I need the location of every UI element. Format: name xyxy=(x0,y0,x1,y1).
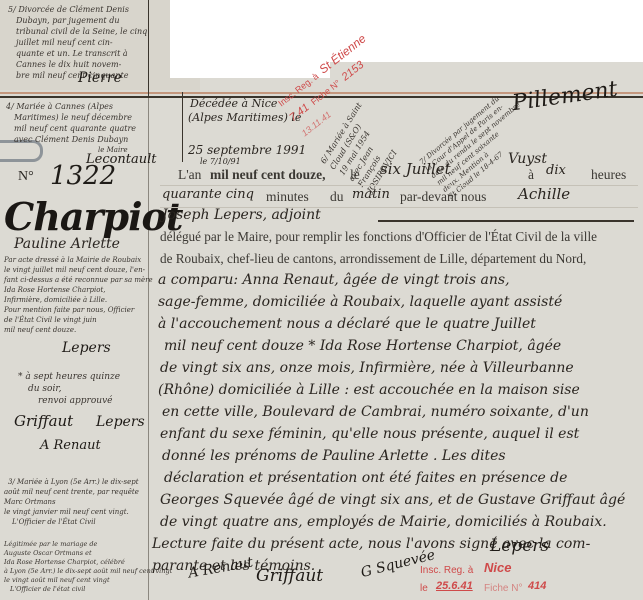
death-note-line: Décédée à Nice xyxy=(190,97,277,110)
surname-heading: Charpiot xyxy=(4,194,182,239)
margin-note-line: Dubayn, par jugement du xyxy=(16,15,119,26)
signature: Lepers xyxy=(62,340,111,356)
signature: Griffaut xyxy=(256,566,323,586)
printed-text: minutes xyxy=(266,189,309,205)
scan-background xyxy=(170,0,330,78)
signature: Lepers xyxy=(96,414,145,430)
margin-note-line: juillet mil neuf cent cin- xyxy=(16,37,113,48)
signature: Vuyst xyxy=(508,151,547,167)
handwritten-line: Georges Squevée âgé de vingt six ans, et… xyxy=(160,492,625,508)
margin-note-line: tribunal civil de la Seine, le cinq xyxy=(16,26,147,37)
margin-note-line: avec Clément Denis Dubayn xyxy=(14,134,128,145)
act-number-label: N° xyxy=(18,169,34,185)
stamp-handwritten: Nice xyxy=(484,560,511,575)
handwritten-date: six Juillet xyxy=(380,160,451,178)
handwritten-line: mil neuf cent douze * Ida Rose Hortense … xyxy=(164,338,561,354)
margin-note-line: L'Officier de l'état civil xyxy=(10,585,85,593)
death-note-line: le 7/10/91 xyxy=(200,157,241,166)
signature: Griffaut xyxy=(14,412,73,430)
margin-note-line: Infirmière, domiciliée à Lille. xyxy=(4,296,107,305)
handwritten-line: de vingt quatre ans, employés de Mairie,… xyxy=(160,514,607,530)
handwritten-hour: dix xyxy=(546,163,566,178)
handwritten-line: sage-femme, domiciliée à Roubaix, laquel… xyxy=(158,294,562,310)
margin-note-line: du soir, xyxy=(28,384,62,395)
stamp-text: le xyxy=(420,583,428,594)
margin-note-line: Auguste Oscar Ortmans et xyxy=(4,549,92,557)
printed-text-bold: mil neuf cent douze, xyxy=(210,167,326,183)
death-note-line: (Alpes Maritimes) le xyxy=(188,111,301,124)
margin-note-line: le vingt août mil neuf cent vingt xyxy=(4,576,110,584)
stamp-handwritten: 414 xyxy=(528,580,546,592)
death-note-line: 25 septembre 1991 xyxy=(188,143,306,157)
margin-note-line: 5/ Divorcée de Clément Denis xyxy=(8,4,129,15)
handwritten-line: en cette ville, Boulevard de Cambrai, nu… xyxy=(162,404,589,420)
act-number: 1322 xyxy=(50,161,116,191)
handwritten-text: quarante cinq xyxy=(162,187,254,202)
signature: A Renaut xyxy=(40,438,101,453)
margin-note-line: quante et un. Le transcrit à xyxy=(16,48,128,59)
margin-note-line: août mil neuf cent trente, par requête xyxy=(4,488,139,497)
margin-note-line: Maritimes) le neuf décembre xyxy=(14,112,132,123)
margin-note-line: L'Officier de l'État Civil xyxy=(12,518,96,527)
margin-note-line: 3/ Mariée à Lyon (5e Arr.) le dix-sept xyxy=(8,478,139,487)
handwritten-line: (Rhône) domiciliée à Lille : est accouch… xyxy=(158,382,580,398)
death-note-box-left xyxy=(182,92,183,162)
printed-text: L'an xyxy=(178,167,201,183)
handwritten-line: enfant du sexe féminin, qu'elle nous pré… xyxy=(160,426,579,442)
stamp-text: Fiche N° xyxy=(484,583,522,594)
printed-text: à xyxy=(528,167,534,183)
fill-line xyxy=(378,220,634,222)
stamp-handwritten: 2153 xyxy=(340,59,367,84)
stamp-text: Insc. Reg. à xyxy=(420,565,473,576)
margin-note-line: * à sept heures quinze xyxy=(18,372,120,383)
margin-note-line: de l'État Civil le vingt juin xyxy=(4,316,97,325)
handwritten-text: Joseph Lepers, adjoint xyxy=(162,207,321,223)
printed-text: par-devant nous xyxy=(400,189,486,205)
printed-text: heures xyxy=(591,167,626,183)
margin-note-line: 4/ Mariée à Cannes (Alpes xyxy=(6,101,113,112)
signature: Lepers xyxy=(490,536,549,556)
top-note-border-right xyxy=(148,0,149,96)
margin-note-line: renvoi approuvé xyxy=(38,396,112,407)
margin-note-line: à Lyon (5e Arr.) le dix-sept août mil ne… xyxy=(4,567,172,575)
stamp-handwritten: 25.6.41 xyxy=(436,580,473,592)
margin-note-line: le vingt juillet mil neuf cent douze, l'… xyxy=(4,266,145,275)
handwritten-line: déclaration et présentation ont été fait… xyxy=(164,470,567,486)
margin-note-line: Cannes le dix huit novem- xyxy=(16,59,121,70)
margin-note-line: le vingt janvier mil neuf cent vingt. xyxy=(4,508,129,517)
given-names-heading: Pauline Arlette xyxy=(14,236,120,252)
handwritten-text: Achille xyxy=(518,185,570,203)
margin-note-line: fant ci-dessus a été reconnue par sa mèr… xyxy=(4,276,153,285)
margin-note-line: Par acte dressé à la Mairie de Roubaix xyxy=(4,256,141,265)
margin-note-line: mil neuf cent douze. xyxy=(4,326,76,335)
handwritten-text: matin xyxy=(352,187,390,202)
margin-note-line: Marc Ortmans xyxy=(4,498,56,507)
printed-text: du xyxy=(330,189,344,205)
margin-note-line: Ida Rose Hortense Charpiot, xyxy=(4,286,106,295)
signature: Pierre xyxy=(78,70,122,86)
handwritten-line: a comparu: Anna Renaut, âgée de vingt tr… xyxy=(158,272,510,288)
margin-note-line: Ida Rose Hortense Charpiot, célébré xyxy=(4,558,125,566)
handwritten-line: donné les prénoms de Pauline Arlette . L… xyxy=(162,448,506,464)
printed-text: le xyxy=(350,167,360,183)
margin-note-line: Légitimée par le mariage de xyxy=(4,540,97,548)
margin-note-line: Pour mention faite par nous, Officier xyxy=(4,306,134,315)
handwritten-line: de vingt six ans, onze mois, Infirmière,… xyxy=(160,360,574,376)
margin-note-line: mil neuf cent quarante quatre xyxy=(14,123,136,134)
printed-text: de Roubaix, chef-lieu de cantons, arrond… xyxy=(160,251,586,267)
handwritten-line: à l'accouchement nous a déclaré que le q… xyxy=(158,316,536,332)
printed-text: délégué par le Maire, pour remplir les f… xyxy=(160,229,597,245)
